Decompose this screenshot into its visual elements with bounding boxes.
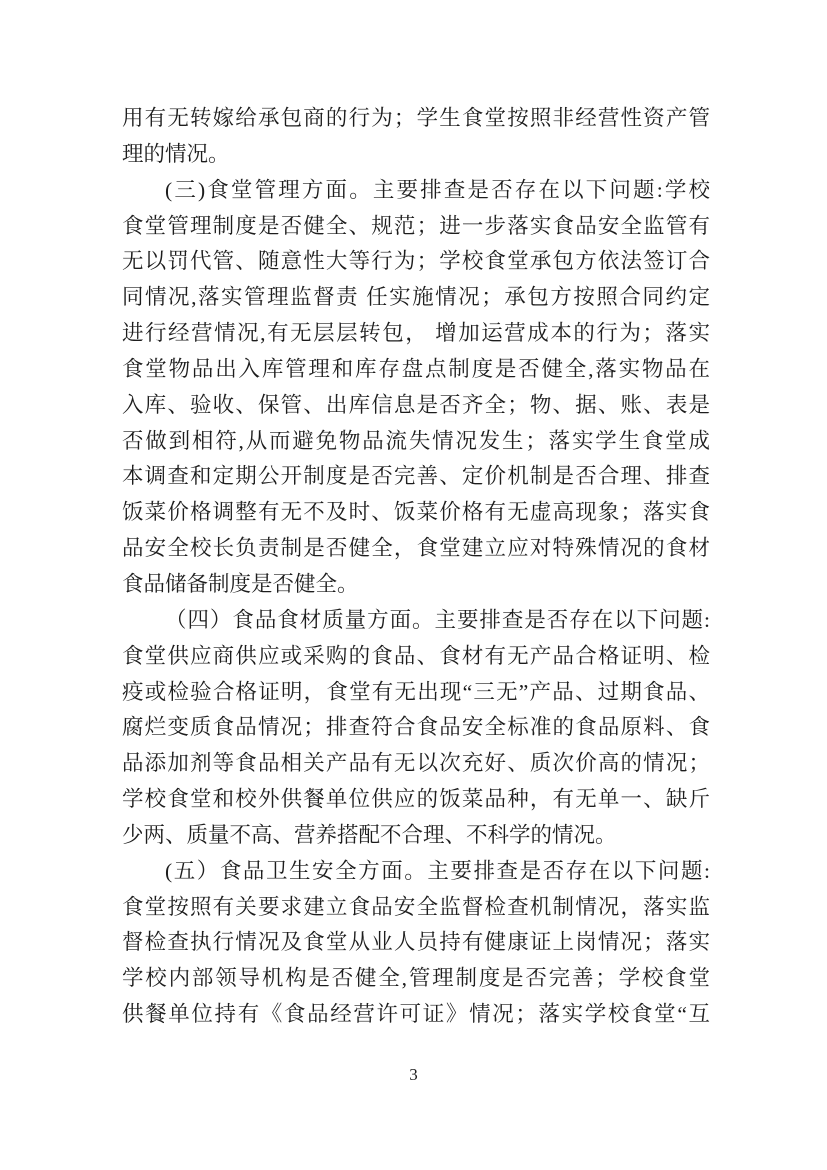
text-line: 本调查和定期公开制度是否完善、定价机制是否合理、排查 [122,459,710,495]
text-line: （四）食品食材质量方面。主要排查是否存在以下问题: [122,603,710,639]
text-line: 食堂管理制度是否健全、规范；进一步落实食品安全监管有 [122,209,710,245]
text-line: 饭菜价格调整有无不及时、饭菜价格有无虚高现象；落实食 [122,495,710,531]
text-line: 学校食堂和校外供餐单位供应的饭菜品种，有无单一、缺斤 [122,782,710,818]
text-line: (三)食堂管理方面。主要排查是否存在以下问题:学校 [122,173,710,209]
text-line: 进行经营情况,有无层层转包， 增加运营成本的行为；落实 [122,316,710,352]
text-line: 食堂物品出入库管理和库存盘点制度是否健全,落实物品在 [122,352,710,388]
text-line: 食堂供应商供应或采购的食品、食材有无产品合格证明、检 [122,639,710,675]
text-line: 入库、验收、保管、出库信息是否齐全；物、据、账、表是 [122,388,710,424]
document-page: 用有无转嫁给承包商的行为；学生食堂按照非经营性资产管 理的情况。 (三)食堂管理… [0,0,827,1170]
text-line: 疫或检验合格证明，食堂有无出现“三无”产品、过期食品、 [122,675,710,711]
document-body-text: 用有无转嫁给承包商的行为；学生食堂按照非经营性资产管 理的情况。 (三)食堂管理… [122,101,710,1033]
text-line: 理的情况。 [122,137,710,173]
text-line: 供餐单位持有《食品经营许可证》情况；落实学校食堂“互 [122,997,710,1033]
text-line: 品添加剂等食品相关产品有无以次充好、质次价高的情况； [122,746,710,782]
text-line: 同情况,落实管理监督责 任实施情况；承包方按照合同约定 [122,280,710,316]
text-line: 学校内部领导机构是否健全,管理制度是否完善；学校食堂 [122,961,710,997]
text-line: 督检查执行情况及食堂从业人员持有健康证上岗情况；落实 [122,925,710,961]
text-line: 品安全校长负责制是否健全，食堂建立应对特殊情况的食材 [122,531,710,567]
page-number: 3 [0,1063,827,1087]
text-line: 无以罚代管、随意性大等行为；学校食堂承包方依法签订合 [122,244,710,280]
text-line: 食品储备制度是否健全。 [122,567,710,603]
text-line: 否做到相符,从而避免物品流失情况发生；落实学生食堂成 [122,424,710,460]
text-line: (五）食品卫生安全方面。主要排查是否存在以下问题: [122,854,710,890]
text-line: 腐烂变质食品情况；排查符合食品安全标准的食品原料、食 [122,710,710,746]
text-line: 用有无转嫁给承包商的行为；学生食堂按照非经营性资产管 [122,101,710,137]
text-line: 少两、质量不高、营养搭配不合理、不科学的情况。 [122,818,710,854]
text-line: 食堂按照有关要求建立食品安全监督检查机制情况，落实监 [122,890,710,926]
